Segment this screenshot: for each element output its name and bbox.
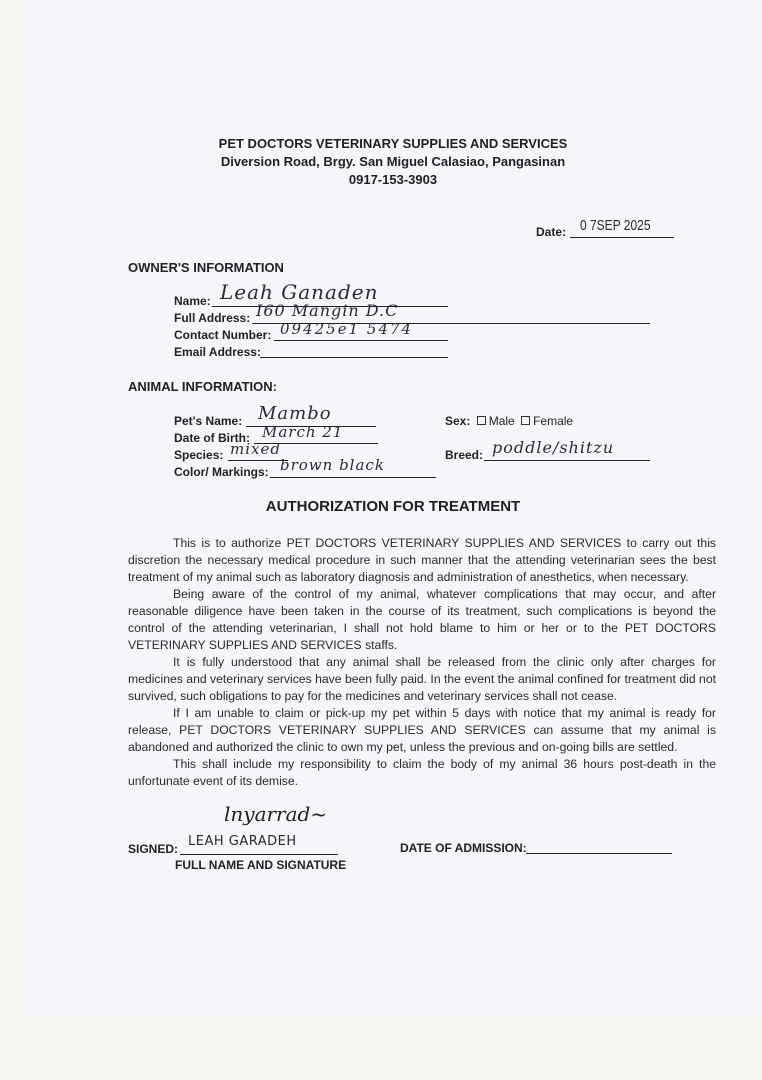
- owner-name-label: Name:: [174, 294, 211, 308]
- species-field[interactable]: mixed: [230, 440, 281, 458]
- authorization-title: AUTHORIZATION FOR TREATMENT: [24, 498, 762, 515]
- admission-date-line: [526, 853, 672, 854]
- contact-line: [274, 340, 448, 341]
- company-address: Diversion Road, Brgy. San Miguel Calasia…: [24, 154, 762, 169]
- authorization-paragraph: This shall include my responsibility to …: [128, 756, 716, 790]
- email-line: [260, 357, 448, 358]
- signature-scribble: lnyarrad~: [224, 802, 327, 826]
- species-label: Species:: [174, 448, 223, 462]
- signature-caption: FULL NAME AND SIGNATURE: [175, 858, 346, 872]
- pet-name-field[interactable]: Mambo: [258, 403, 332, 424]
- sex-male-checkbox[interactable]: [477, 416, 486, 425]
- date-label: Date:: [536, 225, 566, 239]
- date-value[interactable]: 0 7SEP 2025: [580, 217, 651, 234]
- contact-field[interactable]: 09425e1 5474: [280, 320, 413, 338]
- dob-field[interactable]: March 21: [262, 423, 343, 441]
- admission-date-label: DATE OF ADMISSION:: [400, 841, 527, 855]
- breed-field[interactable]: poddle/shitzu: [492, 438, 614, 457]
- authorization-paragraph: If I am unable to claim or pick-up my pe…: [128, 705, 716, 756]
- species-line: [228, 460, 288, 461]
- color-markings-label: Color/ Markings:: [174, 465, 269, 479]
- sex-female-checkbox[interactable]: [521, 416, 530, 425]
- breed-line: [484, 460, 650, 461]
- signature-line: [180, 854, 338, 855]
- sex-male-label: Male: [489, 414, 515, 428]
- authorization-paragraph: This is to authorize PET DOCTORS VETERIN…: [128, 535, 716, 586]
- color-markings-line: [270, 477, 436, 478]
- company-name: PET DOCTORS VETERINARY SUPPLIES AND SERV…: [24, 136, 762, 151]
- authorization-body: This is to authorize PET DOCTORS VETERIN…: [128, 535, 716, 790]
- owner-section-title: OWNER'S INFORMATION: [128, 260, 284, 275]
- form-sheet: PET DOCTORS VETERINARY SUPPLIES AND SERV…: [24, 0, 762, 1017]
- email-label: Email Address:: [174, 345, 261, 359]
- signed-label: SIGNED:: [128, 842, 178, 856]
- date-line: [570, 237, 674, 238]
- signature-field[interactable]: LEAH GARADEH: [188, 834, 297, 849]
- address-field[interactable]: I60 Mangin D.C: [256, 301, 398, 320]
- sex-group: Sex: Male Female: [445, 414, 573, 428]
- pet-name-label: Pet's Name:: [174, 414, 242, 428]
- sex-label: Sex:: [445, 414, 470, 428]
- sex-female-label: Female: [533, 414, 573, 428]
- contact-label: Contact Number:: [174, 328, 271, 342]
- company-phone: 0917-153-3903: [24, 172, 762, 187]
- address-label: Full Address:: [174, 311, 250, 325]
- animal-section-title: ANIMAL INFORMATION:: [128, 379, 277, 394]
- breed-label: Breed:: [445, 448, 483, 462]
- color-markings-field[interactable]: brown black: [280, 456, 385, 474]
- authorization-paragraph: It is fully understood that any animal s…: [128, 654, 716, 705]
- authorization-paragraph: Being aware of the control of my animal,…: [128, 586, 716, 654]
